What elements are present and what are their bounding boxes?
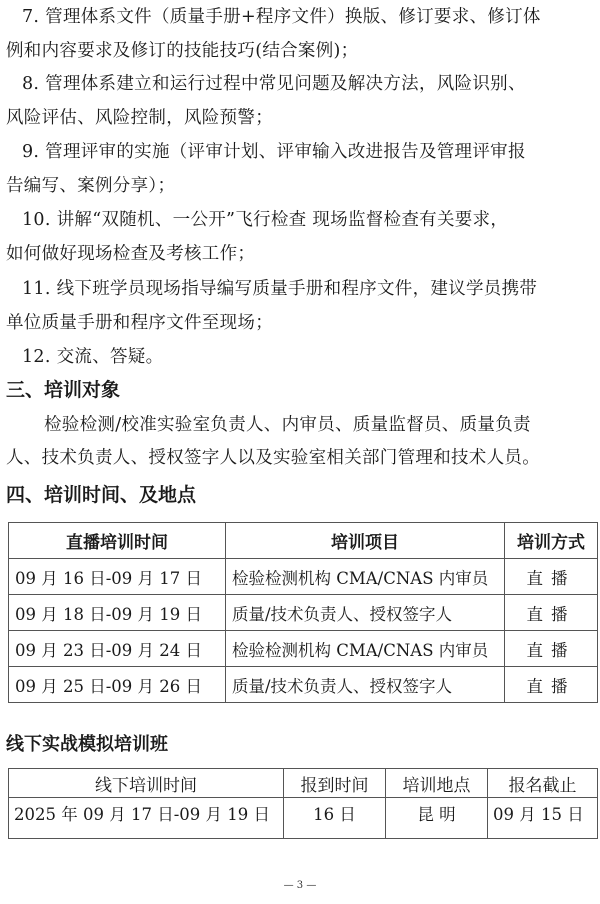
list-item-11-line2: 单位质量手册和程序文件至现场； <box>6 312 273 334</box>
list-item-7-line1: 7. 管理体系文件（质量手册+程序文件）换版、修订要求、修订体 <box>22 6 541 28</box>
list-item-12: 12. 交流、答疑。 <box>22 346 163 368</box>
cell-offline-date: 2025 年 09 月 17 日-09 月 19 日 <box>9 798 284 839</box>
table-row: 09 月 23 日-09 月 24 日 检验检测机构 CMA/CNAS 内审员 … <box>9 631 598 667</box>
header-training-mode: 培训方式 <box>505 523 598 559</box>
header-checkin-time: 报到时间 <box>284 769 386 798</box>
table-row: 2025 年 09 月 17 日-09 月 19 日 16 日 昆 明 09 月… <box>9 798 598 839</box>
cell-date: 09 月 18 日-09 月 19 日 <box>9 595 226 631</box>
offline-training-heading: 线下实战模拟培训班 <box>6 733 168 757</box>
cell-date: 09 月 16 日-09 月 17 日 <box>9 559 226 595</box>
cell-item: 检验检测机构 CMA/CNAS 内审员 <box>226 559 505 595</box>
list-item-10-line1: 10. 讲解“双随机、一公开”飞行检查 现场监督检查有关要求， <box>22 209 508 231</box>
cell-mode: 直播 <box>505 559 598 595</box>
cell-mode: 直播 <box>505 595 598 631</box>
table-row: 09 月 16 日-09 月 17 日 检验检测机构 CMA/CNAS 内审员 … <box>9 559 598 595</box>
cell-mode: 直播 <box>505 667 598 703</box>
cell-mode: 直播 <box>505 631 598 667</box>
cell-checkin: 16 日 <box>284 798 386 839</box>
cell-location: 昆 明 <box>386 798 488 839</box>
section-heading-training-target: 三、培训对象 <box>6 378 120 402</box>
list-item-9-line1: 9. 管理评审的实施（评审计划、评审输入改进报告及管理评审报 <box>22 141 526 163</box>
page-number: — 3 — <box>0 880 600 891</box>
cell-item: 质量/技术负责人、授权签字人 <box>226 595 505 631</box>
cell-item: 质量/技术负责人、授权签字人 <box>226 667 505 703</box>
list-item-9-line2: 告编写、案例分享）； <box>6 175 175 197</box>
header-registration-deadline: 报名截止 <box>488 769 598 798</box>
list-item-7-line2: 例和内容要求及修订的技能技巧(结合案例)； <box>6 40 358 62</box>
cell-date: 09 月 23 日-09 月 24 日 <box>9 631 226 667</box>
table-row: 09 月 25 日-09 月 26 日 质量/技术负责人、授权签字人 直播 <box>9 667 598 703</box>
list-item-11-line1: 11. 线下班学员现场指导编写质量手册和程序文件，建议学员携带 <box>22 278 537 300</box>
list-item-8-line1: 8. 管理体系建立和运行过程中常见问题及解决方法，风险识别、 <box>22 73 526 95</box>
header-live-time: 直播培训时间 <box>9 523 226 559</box>
table-header-row: 线下培训时间 报到时间 培训地点 报名截止 <box>9 769 598 798</box>
list-item-8-line2: 风险评估、风险控制，风险预警； <box>6 107 273 129</box>
training-target-line2: 人、技术负责人、授权签字人以及实验室相关部门管理和技术人员。 <box>6 447 540 469</box>
header-location: 培训地点 <box>386 769 488 798</box>
training-target-line1: 检验检测/校准实验室负责人、内审员、质量监督员、质量负责 <box>44 414 531 436</box>
list-item-10-line2: 如何做好现场检查及考核工作； <box>6 243 255 265</box>
cell-date: 09 月 25 日-09 月 26 日 <box>9 667 226 703</box>
cell-deadline: 09 月 15 日 <box>488 798 598 839</box>
live-training-table: 直播培训时间 培训项目 培训方式 09 月 16 日-09 月 17 日 检验检… <box>8 522 598 703</box>
offline-training-table: 线下培训时间 报到时间 培训地点 报名截止 2025 年 09 月 17 日-0… <box>8 768 598 839</box>
header-offline-time: 线下培训时间 <box>9 769 284 798</box>
section-heading-time-location: 四、培训时间、及地点 <box>6 483 196 507</box>
table-row: 09 月 18 日-09 月 19 日 质量/技术负责人、授权签字人 直播 <box>9 595 598 631</box>
cell-item: 检验检测机构 CMA/CNAS 内审员 <box>226 631 505 667</box>
table-header-row: 直播培训时间 培训项目 培训方式 <box>9 523 598 559</box>
header-training-item: 培训项目 <box>226 523 505 559</box>
